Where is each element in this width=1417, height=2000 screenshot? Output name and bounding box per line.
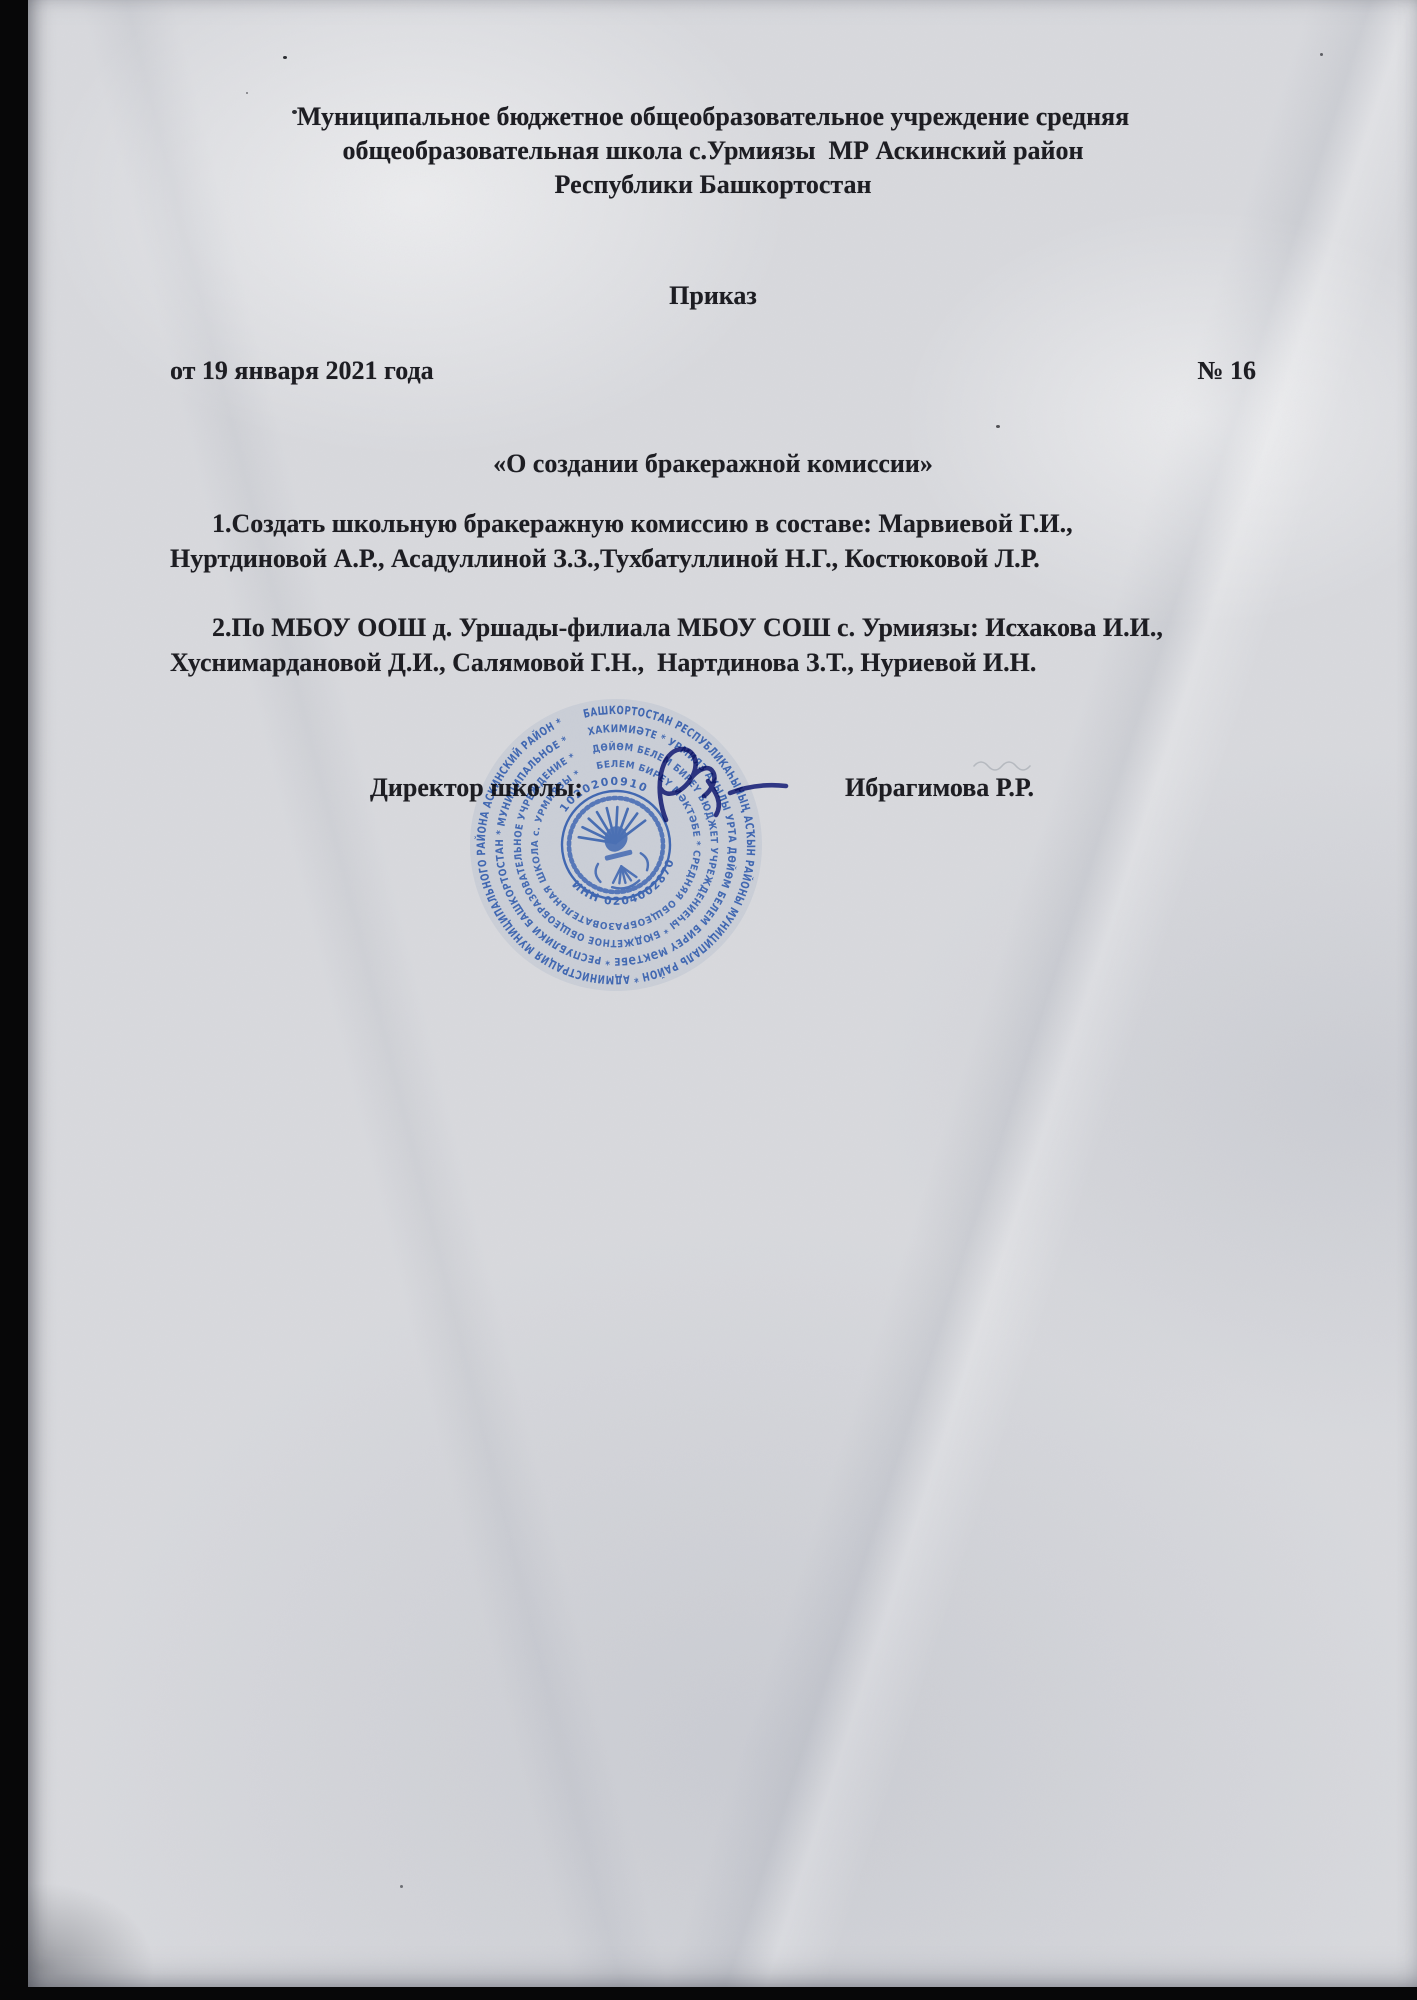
scan-speck: [246, 92, 248, 94]
signature-ink-icon: [602, 738, 834, 838]
order-paragraph-2: 2.По МБОУ ООШ д. Уршады-филиала МБОУ СОШ…: [170, 610, 1290, 680]
paragraph-line: Нуртдиновой А.Р., Асадуллиной З.З.,Тухба…: [170, 541, 1290, 576]
order-paragraph-1: 1.Создать школьную бракеражную комиссию …: [170, 506, 1290, 576]
director-name: Ибрагимова Р.Р.: [845, 773, 1034, 803]
paragraph-line: 2.По МБОУ ООШ д. Уршады-филиала МБОУ СОШ…: [170, 610, 1290, 645]
date-number-row: от 19 января 2021 года № 16: [170, 356, 1256, 386]
scanned-page: Муниципальное бюджетное общеобразователь…: [0, 0, 1417, 2000]
official-round-stamp: БАШКОРТОСТАН РЕСПУБЛИКАҺЫНЫҢ АСҠЫН РАЙОН…: [432, 661, 801, 1030]
pencil-mark-icon: [972, 758, 1038, 772]
doc-type-title: Приказ: [148, 281, 1278, 311]
scan-speck: [292, 110, 297, 114]
stamp-seal-icon: БАШКОРТОСТАН РЕСПУБЛИКАҺЫНЫҢ АСҠЫН РАЙОН…: [432, 661, 801, 1030]
org-header-line: общеобразовательная школа с.Урмиязы МР А…: [148, 134, 1278, 168]
paper-sheet: Муниципальное бюджетное общеобразователь…: [28, 0, 1417, 1987]
org-header-line: Республики Башкортостан: [148, 168, 1278, 202]
scan-speck: [283, 56, 287, 59]
scan-speck: [1320, 53, 1323, 56]
org-header: Муниципальное бюджетное общеобразователь…: [148, 100, 1278, 202]
org-header-line: Муниципальное бюджетное общеобразователь…: [148, 100, 1278, 134]
order-subject: «О создании бракеражной комиссии»: [148, 449, 1278, 479]
order-date: от 19 января 2021 года: [170, 356, 434, 386]
scan-speck: [400, 1885, 403, 1888]
paragraph-line: 1.Создать школьную бракеражную комиссию …: [170, 506, 1290, 541]
director-signature: [602, 738, 834, 838]
order-number: № 16: [1197, 356, 1256, 386]
scan-speck: [996, 425, 1000, 428]
